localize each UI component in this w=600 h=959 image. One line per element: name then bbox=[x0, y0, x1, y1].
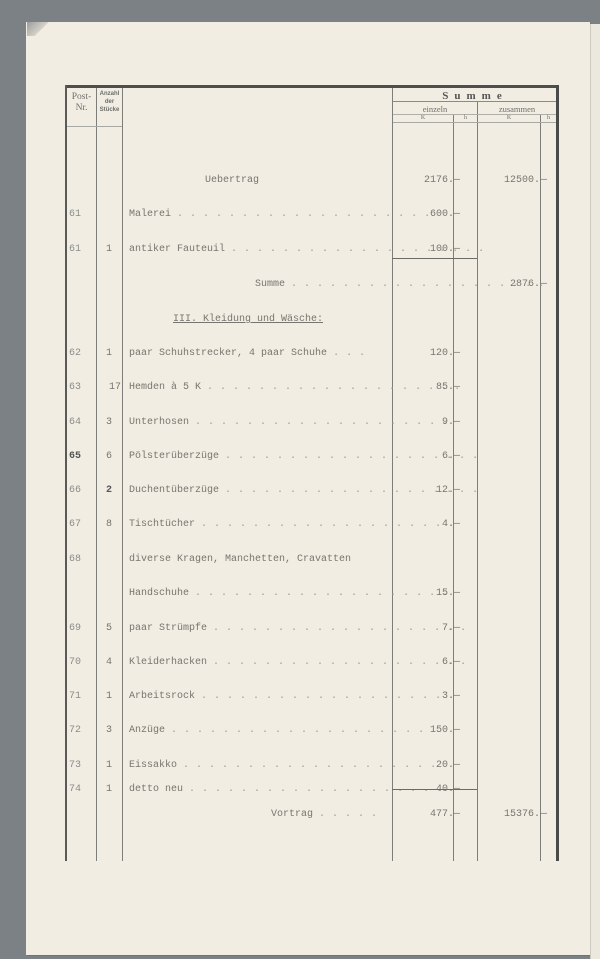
einzeln-heller: — bbox=[454, 724, 477, 738]
column-divider-post bbox=[96, 88, 97, 861]
header-bottom-right bbox=[393, 122, 556, 123]
table-top-border bbox=[65, 85, 559, 88]
table-row: 70 4 Kleiderhacken . . . . . . . . . . .… bbox=[65, 656, 559, 670]
subtotal-zusammen-h: — bbox=[541, 278, 556, 292]
item-description: Malerei . . . . . . . . . . . . . . . . … bbox=[129, 208, 431, 222]
item-description: Eissakko . . . . . . . . . . . . . . . .… bbox=[129, 759, 437, 773]
einzeln-amount: 3. bbox=[393, 690, 454, 704]
post-nr: 67 bbox=[69, 518, 95, 532]
quantity: 5 bbox=[97, 622, 121, 636]
quantity: 1 bbox=[97, 690, 121, 704]
post-nr: 68 bbox=[69, 553, 95, 567]
table-row: 69 5 paar Strümpfe . . . . . . . . . . .… bbox=[65, 622, 559, 636]
carry-out-einzeln-h: — bbox=[454, 808, 477, 822]
einzeln-heller: — bbox=[454, 783, 477, 797]
einzeln-amount: 40. bbox=[393, 783, 454, 797]
einzeln-amount: 12. bbox=[393, 484, 454, 498]
post-nr: 74 bbox=[69, 783, 95, 797]
einzeln-amount: 6. bbox=[393, 656, 454, 670]
header-h-zusammen: h bbox=[541, 115, 556, 121]
item-description: diverse Kragen, Manchetten, Cravatten bbox=[129, 553, 351, 567]
carry-out-einzeln: 477. bbox=[393, 808, 454, 822]
post-nr: 70 bbox=[69, 656, 95, 670]
quantity: 6 bbox=[97, 450, 121, 464]
quantity: 1 bbox=[97, 783, 121, 797]
header-zusammen: zusammen bbox=[478, 104, 556, 114]
quantity: 1 bbox=[97, 347, 121, 361]
item-text: Kleiderhacken bbox=[129, 657, 207, 668]
header-summe: Summe bbox=[393, 90, 557, 102]
einzeln-heller: — bbox=[454, 484, 477, 498]
einzeln-amount: 100. bbox=[393, 243, 454, 257]
einzeln-heller: — bbox=[454, 381, 477, 395]
einzeln-heller: — bbox=[454, 416, 477, 430]
einzeln-amount: 4. bbox=[393, 518, 454, 532]
einzeln-amount: 15. bbox=[393, 587, 454, 601]
subtotal-row: Summe . . . . . . . . . . . . . . . . . … bbox=[65, 278, 559, 292]
post-nr: 69 bbox=[69, 622, 95, 636]
table-row: 73 1 Eissakko . . . . . . . . . . . . . … bbox=[65, 759, 559, 773]
quantity: 4 bbox=[97, 656, 121, 670]
quantity: 3 bbox=[97, 416, 121, 430]
post-nr: 71 bbox=[69, 690, 95, 704]
subtotal-text: Summe bbox=[255, 279, 285, 290]
post-nr: 63 bbox=[69, 381, 95, 395]
item-text: Hemden à 5 K bbox=[129, 382, 201, 393]
header-h-einzeln: h bbox=[454, 115, 477, 121]
quantity: 17 bbox=[97, 381, 121, 395]
carry-in-label: Uebertrag bbox=[205, 174, 259, 188]
einzeln-heller: — bbox=[454, 690, 477, 704]
item-text: paar Strümpfe bbox=[129, 623, 207, 634]
carry-in-zusammen-h: — bbox=[541, 174, 556, 188]
item-description: paar Schuhstrecker, 4 paar Schuhe . . . bbox=[129, 347, 366, 361]
table-left-border bbox=[65, 85, 67, 861]
einzeln-heller: — bbox=[454, 518, 477, 532]
post-nr: 64 bbox=[69, 416, 95, 430]
folded-corner bbox=[27, 22, 49, 36]
table-row: 65 6 Pölsterüberzüge . . . . . . . . . .… bbox=[65, 450, 559, 464]
post-nr: 72 bbox=[69, 724, 95, 738]
post-nr: 66 bbox=[69, 484, 95, 498]
item-text: Malerei bbox=[129, 209, 171, 220]
post-nr: 62 bbox=[69, 347, 95, 361]
quantity: 1 bbox=[97, 243, 121, 257]
carry-out-zusammen: 15376. bbox=[478, 808, 540, 822]
inventory-table: Post- Nr. Anzahl der Stücke Summe einzel… bbox=[65, 85, 559, 861]
table-row: 66 2 Duchentüberzüge . . . . . . . . . .… bbox=[65, 484, 559, 498]
item-text: Arbeitsrock bbox=[129, 691, 195, 702]
column-divider-item bbox=[392, 88, 393, 861]
einzeln-heller: — bbox=[454, 450, 477, 464]
carry-out-row: Vortrag . . . . . 477. — 15376. — bbox=[65, 808, 559, 822]
einzeln-heller: — bbox=[454, 656, 477, 670]
einzeln-amount: 20. bbox=[393, 759, 454, 773]
item-text: antiker Fauteuil bbox=[129, 244, 225, 255]
carry-out-zusammen-h: — bbox=[541, 808, 556, 822]
subtotal-zusammen: 2876. bbox=[478, 278, 540, 292]
carry-in-einzeln-h: — bbox=[454, 174, 477, 188]
table-row: 63 17 Hemden à 5 K . . . . . . . . . . .… bbox=[65, 381, 559, 395]
table-row: 72 3 Anzüge . . . . . . . . . . . . . . … bbox=[65, 724, 559, 738]
table-row: 62 1 paar Schuhstrecker, 4 paar Schuhe .… bbox=[65, 347, 559, 361]
table-row: 67 8 Tischtücher . . . . . . . . . . . .… bbox=[65, 518, 559, 532]
item-text: Tischtücher bbox=[129, 519, 195, 530]
table-row: 68 diverse Kragen, Manchetten, Cravatten bbox=[65, 553, 559, 567]
einzeln-amount: 600. bbox=[393, 208, 454, 222]
einzeln-heller: — bbox=[454, 759, 477, 773]
einzeln-amount: 120. bbox=[393, 347, 454, 361]
quantity: 8 bbox=[97, 518, 121, 532]
item-text: Duchentüberzüge bbox=[129, 485, 219, 496]
carry-in-zusammen: 12500. bbox=[478, 174, 540, 188]
post-nr: 61 bbox=[69, 208, 95, 222]
einzeln-heller: — bbox=[454, 587, 477, 601]
table-right-border bbox=[556, 85, 559, 861]
einzeln-heller: — bbox=[454, 208, 477, 222]
header-k-zusammen: K bbox=[478, 115, 540, 121]
einzeln-amount: 85. bbox=[393, 381, 454, 395]
einzeln-heller: — bbox=[454, 622, 477, 636]
einzeln-amount: 150. bbox=[393, 724, 454, 738]
item-text: detto neu bbox=[129, 784, 183, 795]
einzeln-amount: 9. bbox=[393, 416, 454, 430]
next-page-edge bbox=[590, 24, 600, 959]
table-row: 71 1 Arbeitsrock . . . . . . . . . . . .… bbox=[65, 690, 559, 704]
table-row: 74 1 detto neu . . . . . . . . . . . . .… bbox=[65, 783, 559, 797]
subtotal-rule bbox=[392, 258, 477, 259]
carry-out-label: Vortrag . . . . . bbox=[271, 808, 378, 822]
table-row: 61 1 antiker Fauteuil . . . . . . . . . … bbox=[65, 243, 559, 257]
item-description: Anzüge . . . . . . . . . . . . . . . . .… bbox=[129, 724, 425, 738]
header-bottom-left bbox=[67, 126, 122, 127]
item-text: Unterhosen bbox=[129, 417, 189, 428]
einzeln-amount: 6. bbox=[393, 450, 454, 464]
header-einzeln: einzeln bbox=[393, 104, 477, 114]
item-text: Eissakko bbox=[129, 760, 177, 771]
einzeln-heller: — bbox=[454, 243, 477, 257]
section-title-row: III. Kleidung und Wäsche: bbox=[65, 313, 559, 327]
table-row: Handschuhe . . . . . . . . . . . . . . .… bbox=[65, 587, 559, 601]
item-text: paar Schuhstrecker, 4 paar Schuhe bbox=[129, 348, 327, 359]
quantity: 2 bbox=[97, 484, 121, 498]
item-text: Handschuhe bbox=[129, 588, 189, 599]
item-text: Anzüge bbox=[129, 725, 165, 736]
table-row: 61 Malerei . . . . . . . . . . . . . . .… bbox=[65, 208, 559, 222]
post-nr: 73 bbox=[69, 759, 95, 773]
total-rule bbox=[392, 789, 477, 790]
einzeln-heller: — bbox=[454, 347, 477, 361]
post-nr: 65 bbox=[69, 450, 95, 464]
section-title: III. Kleidung und Wäsche: bbox=[173, 313, 323, 327]
carry-in-einzeln: 2176. bbox=[393, 174, 454, 188]
header-post-nr: Post- Nr. bbox=[67, 92, 96, 114]
column-divider-qty bbox=[122, 88, 123, 861]
item-text: Pölsterüberzüge bbox=[129, 451, 219, 462]
quantity: 3 bbox=[97, 724, 121, 738]
einzeln-amount: 7. bbox=[393, 622, 454, 636]
carry-out-text: Vortrag bbox=[271, 809, 313, 820]
carry-in-row: Uebertrag 2176. — 12500. — bbox=[65, 174, 559, 188]
leader-dots: . . . . . . . . . . . . . . . . . . . . bbox=[171, 725, 425, 736]
post-nr: 61 bbox=[69, 243, 95, 257]
quantity: 1 bbox=[97, 759, 121, 773]
header-k-einzeln: K bbox=[393, 115, 453, 121]
header-anzahl: Anzahl der Stücke bbox=[97, 90, 122, 114]
table-row: 64 3 Unterhosen . . . . . . . . . . . . … bbox=[65, 416, 559, 430]
